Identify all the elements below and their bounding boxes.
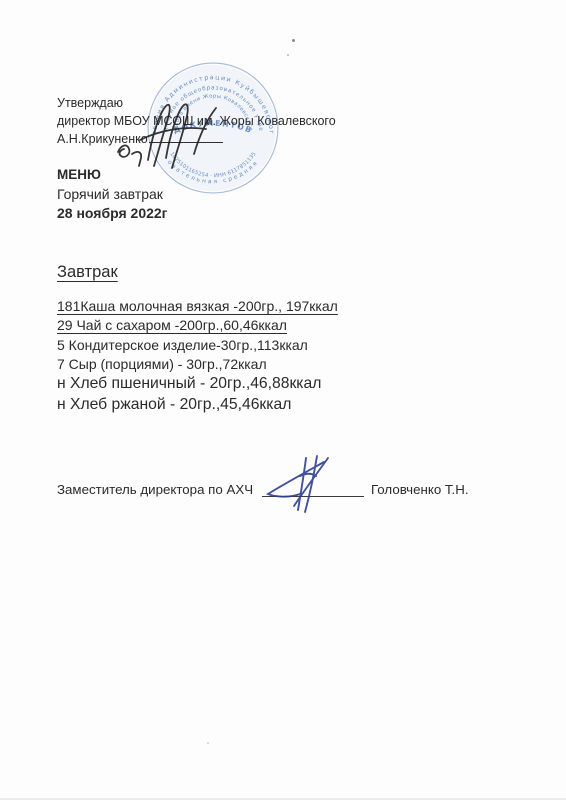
scan-speck <box>207 742 209 744</box>
menu-item: н Хлеб пшеничный - 20гр.,46,88ккал <box>57 374 338 395</box>
section-title-breakfast: Завтрак <box>57 263 118 282</box>
scanned-menu-page: ования Администрации Куйбышевског джетно… <box>0 0 566 800</box>
deputy-director-label: Заместитель директора по АХЧ <box>57 482 253 497</box>
deputy-director-name: Головченко Т.Н. <box>371 482 469 497</box>
menu-item: н Хлеб ржаной - 20гр.,45,46ккал <box>57 395 338 416</box>
menu-date: 28 ноября 2022г <box>57 204 168 224</box>
director-signature <box>110 96 230 174</box>
menu-item: 181Каша молочная вязкая -200гр., 197ккал <box>57 297 338 316</box>
deputy-signature <box>254 448 350 516</box>
scan-speck <box>287 54 289 56</box>
menu-item: 7 Сыр (порциями) - 30гр.,72ккал <box>57 355 338 374</box>
menu-item: 29 Чай с сахаром -200гр.,60,46ккал <box>57 316 338 335</box>
scan-speck <box>292 39 295 42</box>
menu-items-list: 181Каша молочная вязкая -200гр., 197ккал… <box>57 297 338 415</box>
menu-item: 5 Кондитерское изделие-30гр.,113ккал <box>57 336 338 355</box>
